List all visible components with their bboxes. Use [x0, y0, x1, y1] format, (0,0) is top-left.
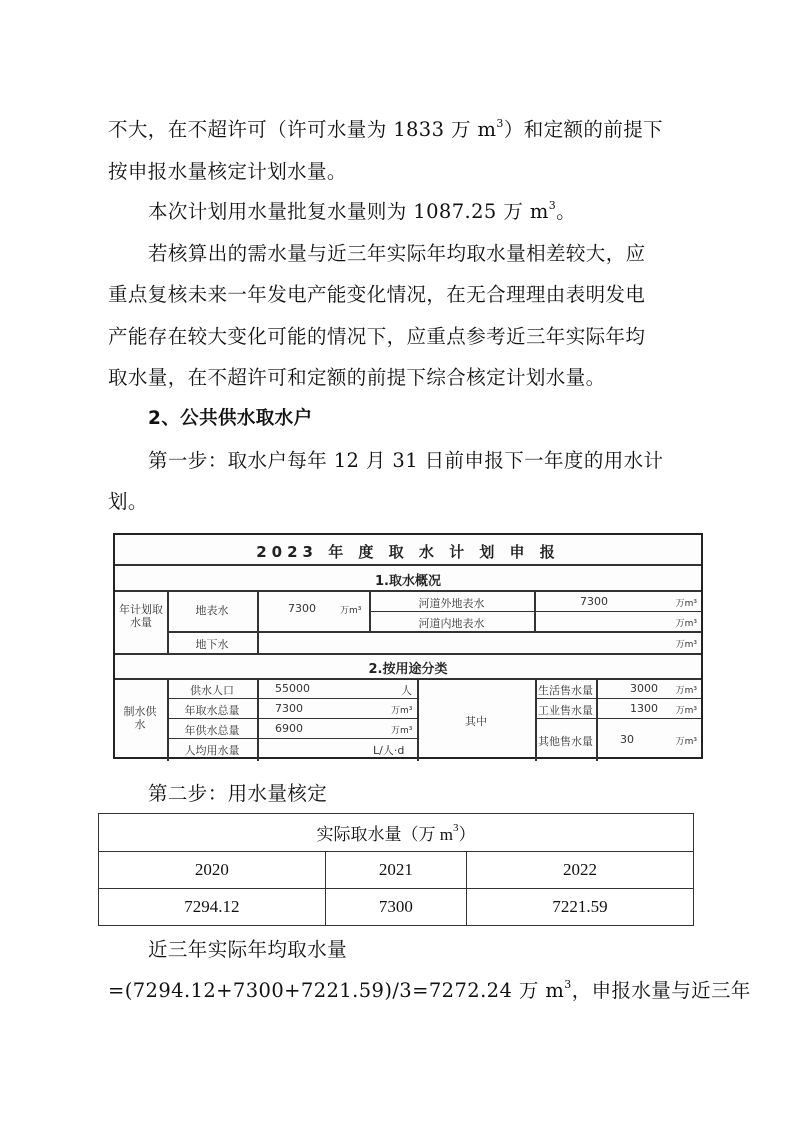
row-value: 7300 [275, 702, 303, 715]
outer-surface-label: 河道外地表水 [369, 595, 534, 611]
of-which-label: 其中 [417, 713, 535, 729]
sales-label: 生活售水量 [535, 682, 596, 698]
row-value: 55000 [275, 682, 310, 695]
row-label: 人均用水量 [167, 742, 257, 758]
inner-surface-label: 河道内地表水 [369, 615, 534, 631]
form-section-1: 1.取水概况 [115, 570, 701, 589]
unit: 万m³ [676, 616, 697, 629]
paragraph-line: 不大，在不超许可（许可水量为 1833 万 m3）和定额的前提下 [108, 116, 688, 144]
year-cell: 2021 [325, 852, 466, 889]
year-cell: 2022 [467, 852, 694, 889]
paragraph-approved: 本次计划用水量批复水量则为 1087.25 万 m3。 [148, 198, 728, 226]
outer-surface-value: 7300 [534, 595, 654, 608]
sales-unit: 万m³ [676, 734, 697, 747]
row-unit: 万m³ [391, 703, 412, 716]
table-row: 7294.12 7300 7221.59 [99, 889, 694, 926]
table-header: 实际取水量（万 m3） [99, 814, 694, 852]
section-heading: 2、公共供水取水户 [148, 405, 728, 433]
sales-unit: 万m³ [676, 703, 697, 716]
table-row: 2020 2021 2022 [99, 852, 694, 889]
average-label: 近三年实际年均取水量 [148, 936, 728, 964]
form-title: 2023 年 度 取 水 计 划 申 报 [115, 541, 701, 562]
sales-value: 30 [620, 733, 634, 746]
sales-label: 工业售水量 [535, 702, 596, 718]
sales-label: 其他售水量 [535, 733, 596, 749]
row-label: 年取水总量 [167, 702, 257, 718]
row-unit: 万m³ [391, 723, 412, 736]
row-unit: 人 [401, 682, 412, 698]
water-plan-form: 2023 年 度 取 水 计 划 申 报 1.取水概况 年计划取水量 地表水 7… [113, 533, 703, 759]
value-cell: 7221.59 [467, 889, 694, 926]
average-formula: =(7294.12+7300+7221.59)/3=7272.24 万 m3，申… [108, 977, 688, 1005]
paragraph-line: 若核算出的需水量与近三年实际年均取水量相差较大，应 [148, 240, 728, 268]
unit: 万m³ [676, 637, 697, 650]
supply-label: 制水供水 [123, 705, 157, 731]
annual-plan-label: 年计划取水量 [119, 603, 163, 629]
row-unit: L/人·d [373, 742, 404, 758]
paragraph-line: 重点复核未来一年发电产能变化情况，在无合理理由表明发电 [108, 281, 688, 309]
paragraph-line: 划。 [108, 488, 688, 516]
sales-unit: 万m³ [676, 683, 697, 696]
form-section-2: 2.按用途分类 [115, 658, 701, 677]
year-cell: 2020 [99, 852, 326, 889]
actual-withdrawal-table: 实际取水量（万 m3） 2020 2021 2022 7294.12 7300 … [98, 813, 694, 926]
sales-value: 3000 [630, 682, 658, 695]
table-header-row: 实际取水量（万 m3） [99, 814, 694, 852]
row-label: 年供水总量 [167, 722, 257, 738]
ground-water-label: 地下水 [167, 636, 257, 652]
value-cell: 7300 [325, 889, 466, 926]
row-label: 供水人口 [167, 682, 257, 698]
paragraph-line: 取水量，在不超许可和定额的前提下综合核定计划水量。 [108, 364, 688, 392]
unit: 万m³ [340, 603, 361, 616]
paragraph-line: 第一步：取水户每年 12 月 31 日前申报下一年度的用水计 [148, 447, 728, 475]
unit: 万m³ [676, 596, 697, 609]
sales-value: 1300 [630, 702, 658, 715]
paragraph-line: 按申报水量核定计划水量。 [108, 158, 688, 186]
surface-water-label: 地表水 [167, 602, 257, 618]
surface-water-value: 7300 [257, 602, 347, 615]
paragraph-line: 产能存在较大变化可能的情况下，应重点参考近三年实际年均 [108, 323, 688, 351]
value-cell: 7294.12 [99, 889, 326, 926]
step2-heading: 第二步：用水量核定 [148, 780, 728, 808]
row-value: 6900 [275, 722, 303, 735]
